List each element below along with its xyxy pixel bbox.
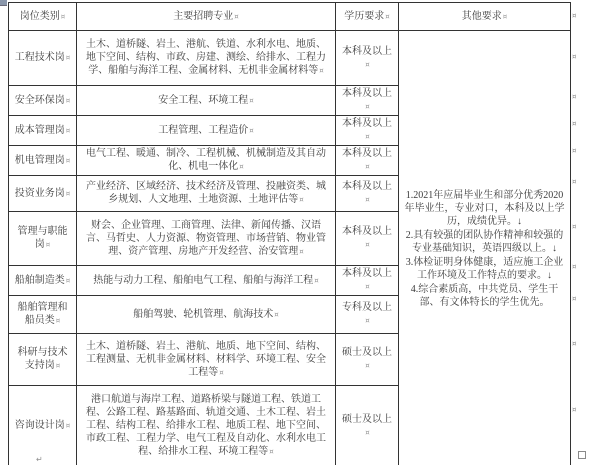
end-of-cell-mark: ¤ xyxy=(314,277,318,285)
end-of-cell-mark: ¤ xyxy=(66,157,70,165)
education-text: 本科及以上 xyxy=(342,181,392,192)
end-of-row-mark: ¤ xyxy=(572,121,576,128)
header-education: 学历要求¤ xyxy=(336,3,399,31)
cell-position: 咨询设计岗¤ xyxy=(9,386,77,465)
position-label: 成本管理岗 xyxy=(15,125,65,136)
end-of-cell-mark: ¤ xyxy=(61,13,65,21)
end-of-cell-mark: ¤ xyxy=(365,241,369,249)
majors-text: 电气工程、暖通、制冷、工程机械、机械制造及其自动化、机电一体化 xyxy=(86,148,326,172)
majors-text: 热能与动力工程、船舶电气工程、船舶与海洋工程 xyxy=(93,275,313,286)
cell-education: 专科及以上¤ xyxy=(336,296,399,334)
paragraph-mark: ↵ xyxy=(36,455,43,464)
end-of-cell-mark: ¤ xyxy=(365,196,369,204)
end-of-cell-mark: ¤ xyxy=(249,127,253,135)
end-of-cell-mark: ¤ xyxy=(385,13,389,21)
cell-majors: 工程管理、工程造价¤ xyxy=(77,116,336,146)
header-education-label: 学历要求 xyxy=(344,11,384,22)
cell-position: 管理与职能岗¤ xyxy=(9,212,77,266)
position-label: 投资业务岗 xyxy=(15,188,65,199)
cell-education: 本科及以上¤ xyxy=(336,146,399,176)
end-of-row-mark: ¤ xyxy=(572,54,576,61)
end-of-row-mark: ¤ xyxy=(572,94,576,101)
header-majors: 主要招聘专业¤ xyxy=(77,3,336,31)
majors-text: 安全工程、环境工程 xyxy=(158,95,248,106)
end-of-row-mark: ¤ xyxy=(572,407,576,414)
other-requirement-item: 2.具有较强的团队协作精神和较强的专业基础知识，英语四级以上。↓ xyxy=(404,229,565,255)
cell-majors: 电气工程、暖通、制冷、工程机械、机械制造及其自动化、机电一体化¤ xyxy=(77,146,336,176)
cell-education: 本科及以上¤ xyxy=(336,86,399,116)
end-of-cell-mark: ¤ xyxy=(365,429,369,437)
cell-education: 本科及以上¤ xyxy=(336,31,399,86)
education-text: 硕士及以上 xyxy=(342,414,392,425)
table-row: 工程技术岗¤ 土木、道桥隧、岩土、港航、铁道、水利水电、地质、地下空间、结构、市… xyxy=(9,31,571,86)
end-of-cell-mark: ¤ xyxy=(365,61,369,69)
header-position-label: 岗位类别 xyxy=(20,11,60,22)
end-of-row-mark: ¤ xyxy=(572,224,576,231)
end-of-cell-mark: ¤ xyxy=(299,196,303,204)
recruitment-table: 岗位类别¤ 主要招聘专业¤ 学历要求¤ 其他要求¤ 工程技术岗¤ 土木、道桥隧、… xyxy=(8,2,571,465)
cell-education: 本科及以上¤ xyxy=(336,266,399,296)
end-of-cell-mark: ¤ xyxy=(66,422,70,430)
cell-majors: 土木、道桥隧、岩土、港航、铁道、水利水电、地质、地下空间、结构、市政、房建、测绘… xyxy=(77,31,336,86)
cell-position: 科研与技术支持岗¤ xyxy=(9,334,77,386)
end-of-cell-mark: ¤ xyxy=(56,362,60,370)
cell-majors: 港口航道与海岸工程、道路桥梁与隧道工程、铁道工程、公路工程、路基路面、轨道交通、… xyxy=(77,386,336,465)
end-of-row-mark: ¤ xyxy=(572,179,576,186)
end-of-cell-mark: ¤ xyxy=(56,317,60,325)
table-move-handle-icon[interactable] xyxy=(0,0,7,6)
position-label: 船舶制造类 xyxy=(15,275,65,286)
header-majors-label: 主要招聘专业 xyxy=(173,11,233,22)
other-requirement-item: 3.体检证明身体健康，适应施工企业工作环境及工作特点的要求。↓ xyxy=(404,256,565,282)
cell-position: 船舶制造类¤ xyxy=(9,266,77,296)
position-label: 科研与技术支持岗 xyxy=(18,347,68,371)
majors-text: 工程管理、工程造价 xyxy=(158,125,248,136)
end-of-cell-mark: ¤ xyxy=(46,241,50,249)
cell-position: 成本管理岗¤ xyxy=(9,116,77,146)
majors-text: 港口航道与海岸工程、道路桥梁与隧道工程、铁道工程、公路工程、路基路面、轨道交通、… xyxy=(86,394,326,457)
end-of-cell-mark: ¤ xyxy=(365,283,369,291)
cell-education: 硕士及以上¤ xyxy=(336,334,399,386)
education-text: 硕士及以上 xyxy=(342,347,392,358)
document-page: 岗位类别¤ 主要招聘专业¤ 学历要求¤ 其他要求¤ 工程技术岗¤ 土木、道桥隧、… xyxy=(0,0,591,465)
end-of-cell-mark: ¤ xyxy=(503,13,507,21)
cell-majors: 土木、道桥隧、岩土、港航、地质、地下空间、结构、工程测量、无机非金属材料、材料学… xyxy=(77,334,336,386)
education-text: 本科及以上 xyxy=(342,268,392,279)
cell-majors: 热能与动力工程、船舶电气工程、船舶与海洋工程¤ xyxy=(77,266,336,296)
cell-majors: 产业经济、区域经济、技术经济及管理、投融资类、城乡规划、人文地理、土地资源、土地… xyxy=(77,176,336,212)
cell-majors: 安全工程、环境工程¤ xyxy=(77,86,336,116)
education-text: 本科及以上 xyxy=(342,118,392,129)
position-label: 船舶管理和船员类 xyxy=(18,302,68,326)
end-of-cell-mark: ¤ xyxy=(299,248,303,256)
position-label: 安全环保岗 xyxy=(15,95,65,106)
education-text: 本科及以上 xyxy=(342,148,392,159)
position-label: 管理与职能岗 xyxy=(18,226,68,250)
majors-text: 财会、企业管理、工商管理、法律、新闻传播、汉语言、马哲史、人力资源、物资管理、市… xyxy=(86,220,326,257)
majors-text: 土木、道桥隧、岩土、港航、铁道、水利水电、地质、地下空间、结构、市政、房建、测绘… xyxy=(86,39,326,76)
education-text: 本科及以上 xyxy=(342,226,392,237)
end-of-cell-mark: ¤ xyxy=(66,190,70,198)
position-label: 工程技术岗 xyxy=(15,52,65,63)
table-resize-handle[interactable] xyxy=(578,451,586,459)
header-position: 岗位类别¤ xyxy=(9,3,77,31)
end-of-row-mark: ¤ xyxy=(572,13,576,20)
end-of-cell-mark: ¤ xyxy=(219,369,223,377)
end-of-cell-mark: ¤ xyxy=(365,163,369,171)
end-of-cell-mark: ¤ xyxy=(66,54,70,62)
end-of-cell-mark: ¤ xyxy=(66,277,70,285)
cell-position: 船舶管理和船员类¤ xyxy=(9,296,77,334)
header-other-label: 其他要求 xyxy=(462,11,502,22)
majors-text: 产业经济、区域经济、技术经济及管理、投融资类、城乡规划、人文地理、土地资源、土地… xyxy=(86,181,326,205)
position-label: 咨询设计岗 xyxy=(15,420,65,431)
position-label: 机电管理岗 xyxy=(15,155,65,166)
cell-position: 投资业务岗¤ xyxy=(9,176,77,212)
cell-position: 机电管理岗¤ xyxy=(9,146,77,176)
cell-majors: 船舶驾驶、轮机管理、航海技术¤ xyxy=(77,296,336,334)
cell-position: 安全环保岗¤ xyxy=(9,86,77,116)
majors-text: 土木、道桥隧、岩土、港航、地质、地下空间、结构、工程测量、无机非金属材料、材料学… xyxy=(86,341,326,378)
end-of-row-mark: ¤ xyxy=(572,148,576,155)
end-of-cell-mark: ¤ xyxy=(239,163,243,171)
end-of-row-mark: ¤ xyxy=(572,341,576,348)
table-header-row: 岗位类别¤ 主要招聘专业¤ 学历要求¤ 其他要求¤ xyxy=(9,3,571,31)
end-of-cell-mark: ¤ xyxy=(66,127,70,135)
education-text: 本科及以上 xyxy=(342,88,392,99)
end-of-cell-mark: ¤ xyxy=(365,317,369,325)
cell-majors: 财会、企业管理、工商管理、法律、新闻传播、汉语言、马哲史、人力资源、物资管理、市… xyxy=(77,212,336,266)
majors-text: 船舶驾驶、轮机管理、航海技术 xyxy=(133,309,273,320)
end-of-cell-mark: ¤ xyxy=(319,67,323,75)
end-of-cell-mark: ¤ xyxy=(365,103,369,111)
other-requirement-item: 1.2021年应届毕业生和部分优秀2020年毕业生，专业对口，本科及以上学历，成… xyxy=(404,189,565,228)
cell-education: 本科及以上¤ xyxy=(336,212,399,266)
end-of-cell-mark: ¤ xyxy=(234,13,238,21)
cell-other-requirements: 1.2021年应届毕业生和部分优秀2020年毕业生，专业对口，本科及以上学历，成… xyxy=(399,31,571,465)
cell-education: 本科及以上¤ xyxy=(336,116,399,146)
end-of-cell-mark: ¤ xyxy=(274,311,278,319)
header-other: 其他要求¤ xyxy=(399,3,571,31)
other-requirement-item: 4.综合素质高，中共党员、学生干部、有文体特长的学生优先。 xyxy=(404,283,565,309)
education-text: 专科及以上 xyxy=(342,302,392,313)
end-of-row-mark: ¤ xyxy=(572,296,576,303)
end-of-cell-mark: ¤ xyxy=(365,362,369,370)
end-of-cell-mark: ¤ xyxy=(249,97,253,105)
cell-education: 本科及以上¤ xyxy=(336,176,399,212)
cell-education: 硕士及以上¤ xyxy=(336,386,399,465)
cell-position: 工程技术岗¤ xyxy=(9,31,77,86)
end-of-cell-mark: ¤ xyxy=(269,448,273,456)
education-text: 本科及以上 xyxy=(342,46,392,57)
end-of-cell-mark: ¤ xyxy=(365,133,369,141)
end-of-row-mark: ¤ xyxy=(572,264,576,271)
end-of-cell-mark: ¤ xyxy=(66,97,70,105)
